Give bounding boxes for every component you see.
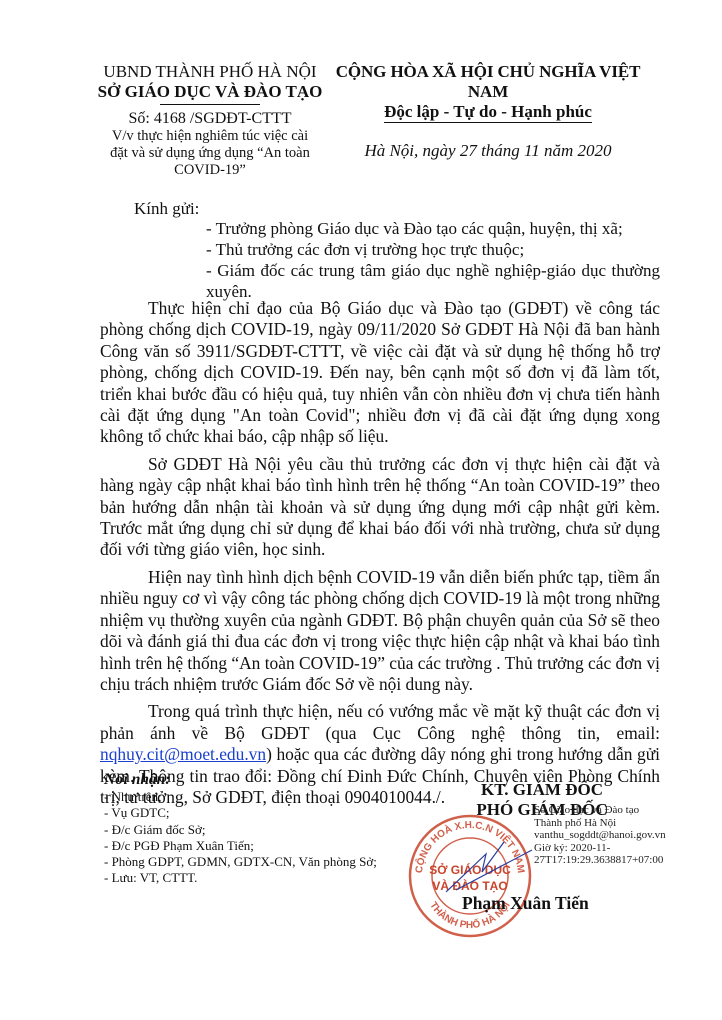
divider (160, 104, 260, 105)
paragraph-3: Hiện nay tình hình dịch bệnh COVID-19 vẫ… (100, 567, 660, 695)
authority: UBND THÀNH PHỐ HÀ NỘI (92, 62, 328, 82)
noi-nhan-item: - Vụ GDTC; (104, 805, 424, 821)
document-number: Số: 4168 /SGDĐT-CTTT (92, 109, 328, 128)
email-link[interactable]: nqhuy.cit@moet.edu.vn (100, 744, 266, 764)
nation-title: CỘNG HÒA XÃ HỘI CHỦ NGHĨA VIỆT NAM (318, 62, 658, 102)
subject-line: COVID-19” (92, 162, 328, 179)
noi-nhan-item: - Phòng GDPT, GDMN, GDTX-CN, Văn phòng S… (104, 854, 424, 870)
issue-date: Hà Nội, ngày 27 tháng 11 năm 2020 (318, 141, 658, 161)
noi-nhan-title: Nơi nhận: (104, 771, 424, 789)
noi-nhan-item: - Đ/c Giám đốc Sở; (104, 822, 424, 838)
recipient-item: - Thủ trưởng các đơn vị trường học trực … (206, 239, 660, 260)
digital-signature-info: Sở Giáo dục và Đào tạo Thành phố Hà Nội … (534, 804, 666, 867)
subject-line: đặt và sử dụng ứng dụng “An toàn (92, 145, 328, 162)
noi-nhan-item: - Đ/c PGĐ Phạm Xuân Tiến; (104, 838, 424, 854)
recipient-list: - Trưởng phòng Giáo dục và Đào tạo các q… (206, 218, 660, 302)
svg-text:VÀ ĐÀO TẠO: VÀ ĐÀO TẠO (432, 878, 507, 893)
recipient-item: - Giám đốc các trung tâm giáo dục nghề n… (206, 260, 660, 302)
official-stamp-icon: CỘNG HOÀ X.H.C.N VIỆT NAM THÀNH PHỐ HÀ N… (406, 812, 534, 940)
noi-nhan-item: - Như trên; (104, 789, 424, 805)
signer-name: Phạm Xuân Tiến (462, 893, 589, 914)
motto: Độc lập - Tự do - Hạnh phúc (384, 102, 592, 123)
national-header: CỘNG HÒA XÃ HỘI CHỦ NGHĨA VIỆT NAM Độc l… (318, 62, 658, 161)
paragraph-1: Thực hiện chỉ đạo của Bộ Giáo dục và Đào… (100, 298, 660, 448)
recipient-item: - Trưởng phòng Giáo dục và Đào tạo các q… (206, 218, 660, 239)
subject-line: V/v thực hiện nghiêm túc việc cài (92, 128, 328, 145)
greeting: Kính gửi: (134, 199, 199, 219)
issuer-block: UBND THÀNH PHỐ HÀ NỘI SỞ GIÁO DỤC VÀ ĐÀO… (92, 62, 328, 179)
recipients-footer: Nơi nhận: - Như trên; - Vụ GDTC; - Đ/c G… (104, 771, 424, 887)
department: SỞ GIÁO DỤC VÀ ĐÀO TẠO (92, 82, 328, 102)
paragraph-2: Sở GDĐT Hà Nội yêu cầu thủ trưởng các đơ… (100, 454, 660, 561)
noi-nhan-item: - Lưu: VT, CTTT. (104, 870, 424, 886)
document-body: Thực hiện chỉ đạo của Bộ Giáo dục và Đào… (100, 298, 660, 814)
